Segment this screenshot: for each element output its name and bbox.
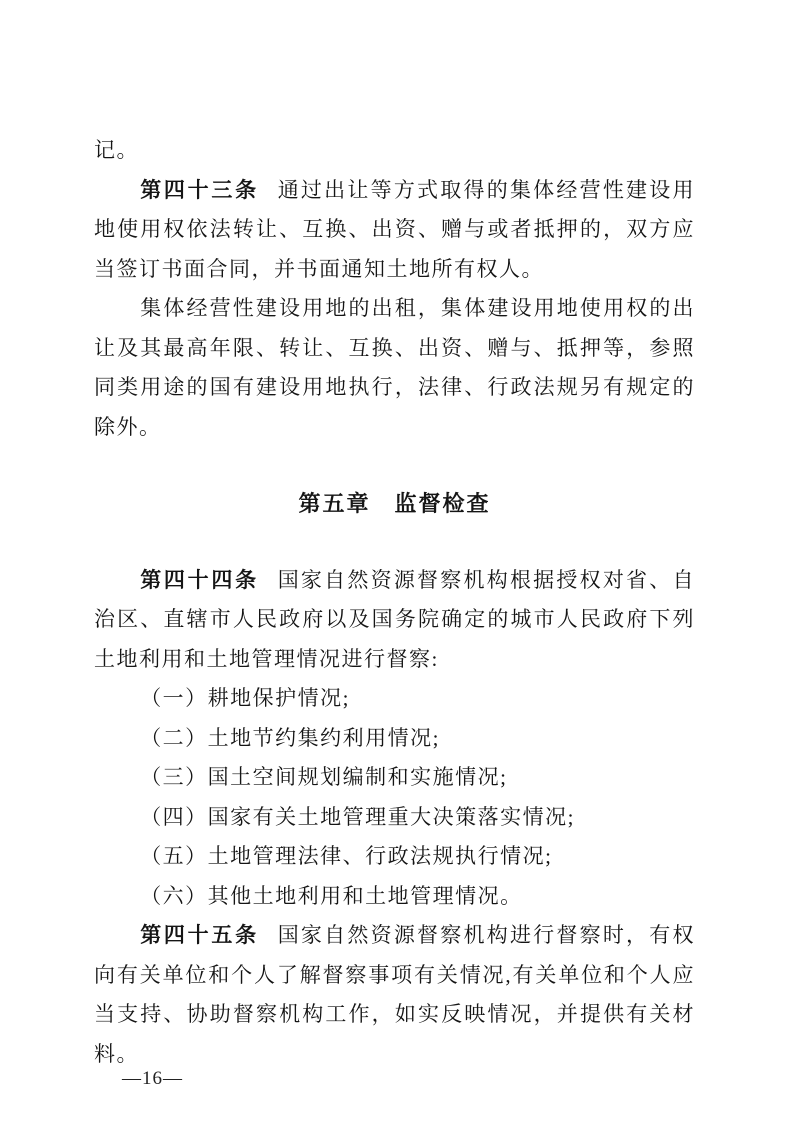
article-45-paragraph: 第四十五条国家自然资源督察机构进行督察时，有权向有关单位和个人了解督察事项有关情… bbox=[94, 916, 695, 1074]
list-item-1: （一）耕地保护情况; bbox=[94, 679, 695, 719]
document-page: 记。 第四十三条通过出让等方式取得的集体经营性建设用地使用权依法转让、互换、出资… bbox=[0, 0, 793, 1122]
paragraph-continuation: 记。 bbox=[94, 131, 695, 171]
article-43-paragraph: 第四十三条通过出让等方式取得的集体经营性建设用地使用权依法转让、互换、出资、赠与… bbox=[94, 171, 695, 290]
article-43-label: 第四十三条 bbox=[140, 179, 259, 202]
article-45-label: 第四十五条 bbox=[140, 924, 259, 947]
list-item-2: （二）土地节约集约利用情况; bbox=[94, 719, 695, 759]
page-number: —16— bbox=[122, 1068, 183, 1090]
list-item-6: （六）其他土地利用和土地管理情况。 bbox=[94, 877, 695, 917]
document-content: 记。 第四十三条通过出让等方式取得的集体经营性建设用地使用权依法转让、互换、出资… bbox=[94, 131, 695, 1074]
list-item-5: （五）土地管理法律、行政法规执行情况; bbox=[94, 837, 695, 877]
article-44-label: 第四十四条 bbox=[140, 569, 259, 592]
list-item-3: （三）国土空间规划编制和实施情况; bbox=[94, 758, 695, 798]
chapter-heading: 第五章 监督检查 bbox=[94, 484, 695, 524]
article-44-paragraph: 第四十四条国家自然资源督察机构根据授权对省、自治区、直辖市人民政府以及国务院确定… bbox=[94, 561, 695, 680]
list-item-4: （四）国家有关土地管理重大决策落实情况; bbox=[94, 798, 695, 838]
article-43-paragraph-2: 集体经营性建设用地的出租，集体建设用地使用权的出让及其最高年限、转让、互换、出资… bbox=[94, 289, 695, 447]
